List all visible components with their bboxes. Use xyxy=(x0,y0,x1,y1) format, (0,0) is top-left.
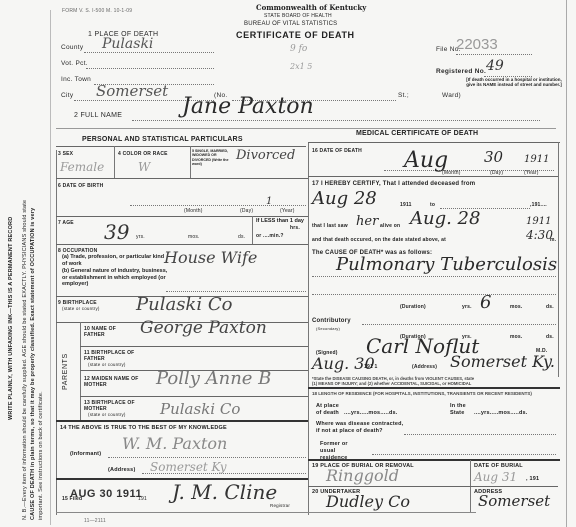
age-label: 7 AGE xyxy=(58,220,74,226)
vot-pct-label: Vot. Pct. xyxy=(61,60,88,67)
certify-text: 17 I HEREBY CERTIFY, That I attended dec… xyxy=(312,181,475,187)
medical-title-line xyxy=(308,142,560,143)
row-line-2 xyxy=(56,216,308,217)
file-no-line xyxy=(456,54,532,55)
row-line-1 xyxy=(56,178,308,179)
burial-date-label: DATE OF BURIAL xyxy=(474,463,523,469)
informant-label: (Informant) xyxy=(70,451,101,457)
occupation-a-label: (a) Trade, profession, or particular kin… xyxy=(62,254,170,267)
full-name-label: 2 FULL NAME xyxy=(74,112,122,119)
undertaker-value: Dudley Co xyxy=(326,492,410,511)
cause-line-1 xyxy=(312,276,556,277)
cause-line-2 xyxy=(312,294,556,295)
parents-label: PARENTS xyxy=(62,353,69,390)
occupation-b-label: (b) General nature of industry, business… xyxy=(62,268,172,288)
registered-no-label: Registered No. xyxy=(436,68,486,75)
last-saw-year: 1911 xyxy=(526,216,551,227)
attended-from-value: Aug 28 xyxy=(312,188,377,209)
duration-yrs-label: yrs. xyxy=(462,304,472,310)
residence-bottom-line xyxy=(308,459,560,461)
full-name-line xyxy=(132,120,540,121)
hrs-label: hrs. xyxy=(290,225,300,231)
dod-bottom-line xyxy=(308,176,558,177)
dob-year-sub: (Year) xyxy=(280,208,295,214)
medical-right-border xyxy=(558,142,559,377)
burial-date-value: Aug 31 xyxy=(474,470,517,484)
full-name-value: Jane Paxton xyxy=(182,94,314,119)
contracted-line xyxy=(404,434,556,435)
at-place-label: At place of death xyxy=(316,403,346,417)
certificate-title: CERTIFICATE OF DEATH xyxy=(236,30,355,40)
duration-label: (Duration) xyxy=(400,304,426,310)
sex-value: Female xyxy=(60,160,104,174)
undertaker-address-value: Somerset xyxy=(478,492,550,510)
sex-divider xyxy=(114,146,115,178)
alive-on-label: alive on xyxy=(380,223,400,229)
in-state-units: ....yrs.....mos.....ds. xyxy=(474,410,528,416)
to-year: ,191.... xyxy=(530,202,547,208)
signed-year: 191 1 xyxy=(364,364,378,370)
dod-day: 30 xyxy=(484,148,503,166)
duration-mos-value: 6 xyxy=(480,292,491,313)
dob-year-value: 1 xyxy=(266,196,272,207)
city-label: City xyxy=(61,92,73,99)
mother-name-value: Polly Anne B xyxy=(156,368,271,389)
registered-no-value: 49 xyxy=(486,58,504,74)
contributory-ds-label: ds. xyxy=(546,334,554,340)
dob-line xyxy=(130,205,306,206)
death-certificate: WRITE PLAINLY, WITH UNFADING INK—THIS IS… xyxy=(0,0,576,527)
dob-month-sub: (Month) xyxy=(184,208,203,214)
birthplace-sub: (state or country) xyxy=(62,306,100,311)
age-divider xyxy=(252,216,253,244)
duration-mos-label: mos. xyxy=(510,304,522,310)
residence-label: 18 LENGTH OF RESIDENCE (FOR HOSPITALS, I… xyxy=(312,391,556,397)
hospital-note: [If death occurred in a hospital or inst… xyxy=(464,77,564,87)
parents-line-1 xyxy=(80,346,308,347)
section-divider xyxy=(56,128,556,129)
burial-year: , 191 xyxy=(526,476,539,482)
if-not-place-label: if not at place of death? xyxy=(316,428,383,434)
last-saw-date: Aug. 28 xyxy=(410,208,480,229)
marital-label: 5 SINGLE, MARRIED, WIDOWED OR DIVORCED (… xyxy=(192,149,234,166)
row-line-3 xyxy=(56,244,308,245)
min-label: or ....min.? xyxy=(256,233,284,239)
age-mos-label: mos. xyxy=(188,234,200,240)
cause-value: Pulmonary Tuberculosis xyxy=(336,254,557,275)
medical-address-label: (Address) xyxy=(412,364,437,370)
contributory-label: Contributory xyxy=(312,318,351,324)
occupation-value: House Wife xyxy=(164,248,257,267)
birthplace-value: Pulaski Co xyxy=(136,294,232,315)
filed-stamp: AUG 30 1911 xyxy=(70,488,142,500)
personal-section-title: PERSONAL AND STATISTICAL PARTICULARS xyxy=(82,136,243,143)
last-saw-pronoun: her xyxy=(356,214,378,229)
county-line xyxy=(84,52,214,53)
annotation-2: 2x1 5 xyxy=(290,62,312,71)
color-label: 4 COLOR OR RACE xyxy=(118,151,168,157)
contributory-sub: (Secondary) xyxy=(316,326,340,331)
informant-value: W. M. Paxton xyxy=(122,434,227,453)
informant-line xyxy=(108,457,306,458)
commonwealth-heading: Commonwealth of Kentucky xyxy=(256,3,366,12)
medical-section-title: MEDICAL CERTIFICATE OF DEATH xyxy=(356,130,478,137)
age-ds-label: ds. xyxy=(238,234,245,240)
medical-address-value: Somerset Ky. xyxy=(450,352,555,371)
medical-signature-bottom-line xyxy=(308,387,560,389)
in-state-label: In the State xyxy=(450,403,472,417)
father-name-label: 10 NAME OF FATHER xyxy=(84,326,124,338)
violent-note-2: (1) MEANS OF INJURY; and (2) whether ACC… xyxy=(312,381,471,386)
vot-pct-line xyxy=(86,68,214,69)
instruction-line-2: CAUSE OF DEATH in plain terms, so that i… xyxy=(30,208,36,520)
duration-ds-label: ds. xyxy=(546,304,554,310)
death-time-suffix: m. xyxy=(550,237,556,243)
board-heading: STATE BOARD OF HEALTH xyxy=(264,13,332,19)
file-no-value: 22033 xyxy=(456,36,498,53)
county-label: County xyxy=(61,44,83,51)
at-place-units: ....yrs.....mos.....ds. xyxy=(344,410,398,416)
death-time: 4:30 xyxy=(526,228,553,242)
contributory-mos-label: mos. xyxy=(510,334,522,340)
color-value: W xyxy=(138,160,150,174)
age-yrs-label: yrs. xyxy=(136,234,145,240)
city-value: Somerset xyxy=(96,82,168,100)
father-birthplace-label: 11 BIRTHPLACE OF FATHER xyxy=(84,350,136,362)
form-left-border xyxy=(56,150,57,515)
street-label: St.; xyxy=(398,92,409,99)
mother-birthplace-sub: (state or country) xyxy=(88,412,126,417)
dob-label: 6 DATE OF BIRTH xyxy=(58,183,103,189)
former-residence-line xyxy=(372,454,556,455)
above-true-label: 14 THE ABOVE IS TRUE TO THE BEST OF MY K… xyxy=(60,425,227,431)
form-number: FORM V. S. I-500 M. 10-1-09 xyxy=(62,8,132,14)
father-birthplace-sub: (state or country) xyxy=(88,362,126,367)
age-value: 39 xyxy=(104,220,129,244)
filed-suffix: 191 xyxy=(138,496,147,502)
burial-bottom-line xyxy=(308,486,558,487)
less-than-label: If LESS than 1 day xyxy=(256,218,308,225)
dob-day-sub: (Day) xyxy=(240,208,253,214)
mother-name-label: 12 MAIDEN NAME OF MOTHER xyxy=(84,376,140,388)
registrar-signature: J. M. Cline xyxy=(172,480,277,504)
sex-label: 3 SEX xyxy=(58,151,73,157)
last-saw-text: that I last saw xyxy=(312,223,348,229)
personal-title-line xyxy=(56,146,306,147)
mother-birthplace-label: 13 BIRTHPLACE OF MOTHER xyxy=(84,400,136,412)
permanent-record-note: WRITE PLAINLY, WITH UNFADING INK—THIS IS… xyxy=(8,217,14,420)
dod-label: 16 DATE OF DEATH xyxy=(312,148,362,154)
parents-divider xyxy=(80,322,81,422)
father-name-value: George Paxton xyxy=(140,318,267,338)
instruction-line-3: important. See instructions on back of c… xyxy=(38,391,44,520)
where-contracted-label: Where was disease contracted, xyxy=(316,421,403,427)
left-margin-line xyxy=(50,10,51,525)
contributory-line xyxy=(362,324,556,325)
occupation-line xyxy=(166,291,306,292)
county-value: Pulaski xyxy=(102,36,153,52)
form-bottom-line xyxy=(56,512,476,513)
parents-bottom-line xyxy=(56,420,308,422)
bureau-heading: BUREAU OF VITAL STATISTICS xyxy=(244,21,337,27)
right-edge xyxy=(566,0,567,527)
instruction-line-1: N. B.—Every item of information should b… xyxy=(22,200,28,520)
burial-value: Ringgold xyxy=(326,466,399,485)
ward-label: Ward) xyxy=(442,92,461,99)
death-occurred-text: and that death occured, on the date stat… xyxy=(312,237,446,243)
registrar-label: Registrar xyxy=(270,503,290,508)
informant-address-label: (Address) xyxy=(108,467,135,473)
annotation-1: 9 fo xyxy=(290,44,307,54)
form-code: 11—2111 xyxy=(84,518,106,524)
parents-line-3 xyxy=(80,396,308,397)
dod-year: 1911 xyxy=(524,154,549,165)
marital-value: Divorced xyxy=(236,148,295,163)
inc-town-label: Inc. Town xyxy=(61,76,91,83)
color-divider xyxy=(190,146,191,178)
informant-address-value: Somerset Ky xyxy=(150,460,227,474)
mother-birthplace-value: Pulaski Co xyxy=(160,400,240,418)
